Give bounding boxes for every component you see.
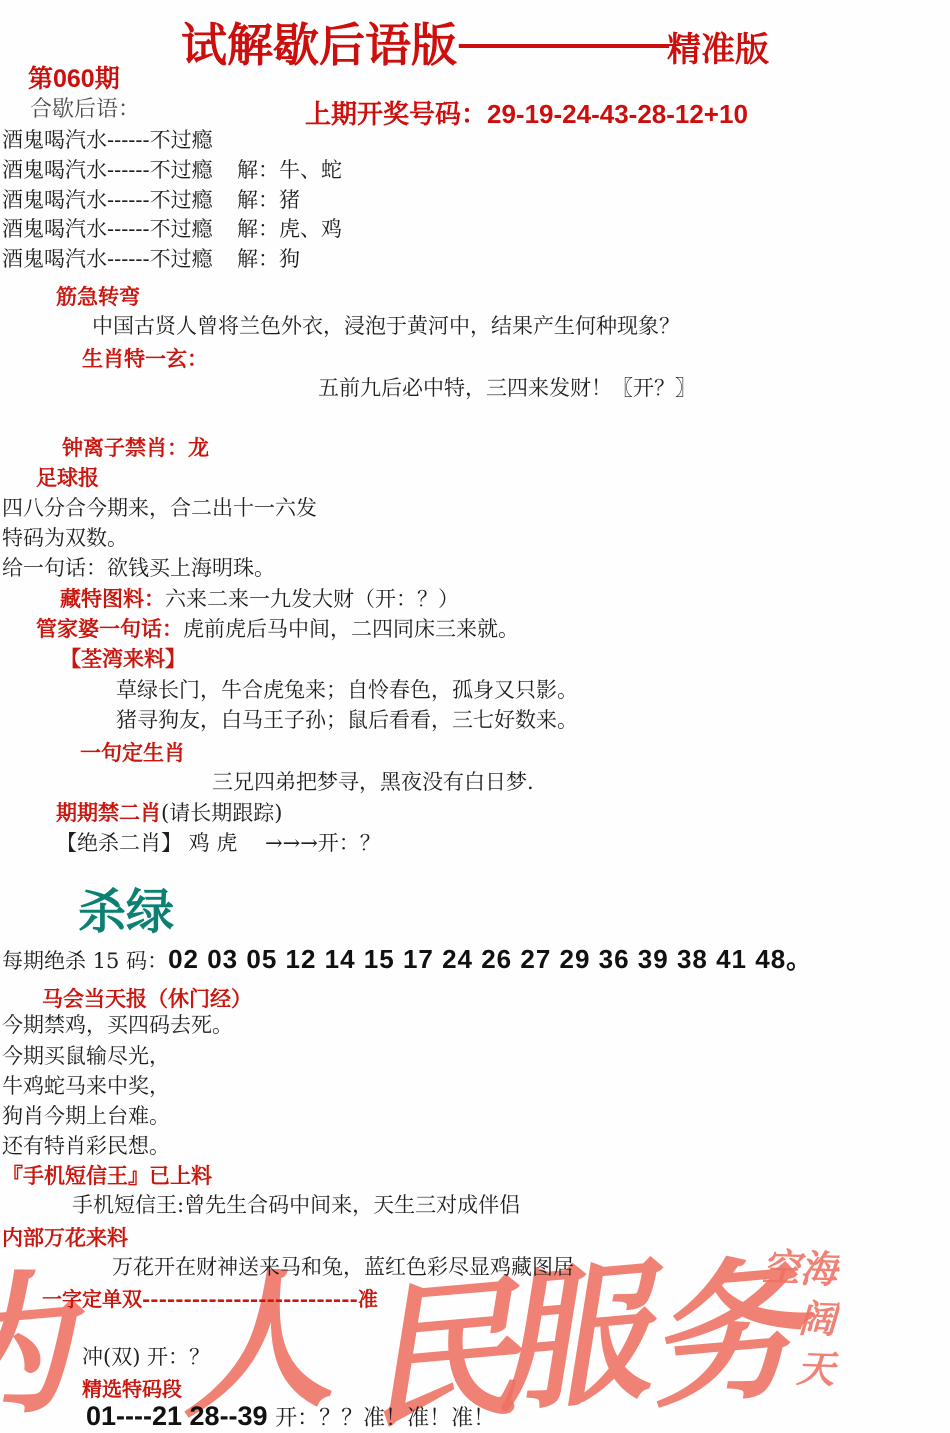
page-title-main: 试解歇后语版 xyxy=(181,19,457,71)
riddle-answer: 解：虎、鸡 xyxy=(237,217,342,241)
watermark-vertical-text: 海阔天空 xyxy=(753,1247,835,1433)
range-numbers: 01----21 28--39 xyxy=(86,1401,275,1431)
yizi-line: 一字定单双--------------------------准 xyxy=(42,1287,378,1311)
football-heading: 足球报 xyxy=(36,465,99,490)
football-line: 特码为双数。 xyxy=(2,526,128,551)
range-line: 01----21 28--39 开：？？准！准！准！ xyxy=(86,1400,495,1432)
sms-line: 手机短信王:曾先生合码中间来，天生三对成伴侣 xyxy=(72,1193,520,1218)
mahui-line: 牛鸡蛇马来中奖， xyxy=(2,1074,170,1099)
cangte-line: 藏特图料：六来二来一九发大财（开：？） xyxy=(60,586,459,612)
guanjiapo-label: 管家婆一句话： xyxy=(36,616,183,641)
riddle-row: 酒鬼喝汽水------不过瘾 xyxy=(2,128,237,153)
teaser-heading: 筋急转弯 xyxy=(56,284,140,309)
kill-numbers: 02 03 05 12 14 15 17 24 26 27 29 36 39 3… xyxy=(168,944,813,974)
chong-line: 冲(双) 开：？ xyxy=(82,1345,210,1370)
shengxiao-line: 五前九后必中特，三四来发财！〖开？〗 xyxy=(318,376,696,401)
mahui-line: 狗肖今期上台难。 xyxy=(2,1104,170,1129)
yiju-line: 三兄四弟把梦寻，黑夜没有白日梦. xyxy=(212,770,534,795)
issue-number: 第060期 xyxy=(28,64,120,94)
riddle-text: 酒鬼喝汽水------不过瘾 xyxy=(2,188,237,213)
kill-label: 每期绝杀 15 码： xyxy=(2,949,168,973)
last-draw-numbers: 上期开奖号码：29-19-24-43-28-12+10 xyxy=(305,99,748,130)
guanjiapo-text: 虎前虎后马中间，二四同床三来就。 xyxy=(183,617,519,641)
range-result: 开：？？准！准！准！ xyxy=(275,1406,495,1431)
cangte-label: 藏特图料： xyxy=(60,586,165,611)
mahui-line: 今期买鼠输尽光， xyxy=(2,1044,170,1069)
riddle-row: 酒鬼喝汽水------不过瘾解：猪 xyxy=(2,188,300,213)
teaser-question: 中国古贤人曾将兰色外衣，浸泡于黄河中，结果产生何种现象？ xyxy=(92,314,680,339)
riddle-answer: 解：猪 xyxy=(237,188,300,212)
mahui-heading: 马会当天报（休门经） xyxy=(42,986,252,1011)
riddle-row: 酒鬼喝汽水------不过瘾解：虎、鸡 xyxy=(2,217,342,242)
riddle-text: 酒鬼喝汽水------不过瘾 xyxy=(2,158,237,183)
qiqi-label: 期期禁二肖 xyxy=(56,800,161,825)
riddle-text: 酒鬼喝汽水------不过瘾 xyxy=(2,247,237,272)
yiju-heading: 一句定生肖 xyxy=(80,740,185,765)
riddle-row: 酒鬼喝汽水------不过瘾解：牛、蛇 xyxy=(2,158,342,183)
neibu-heading: 内部万花来料 xyxy=(2,1225,128,1250)
page-title-dash: ——————— xyxy=(457,24,667,64)
quanwan-line: 猪寻狗友，白马王子孙；鼠后看看，三七好数来。 xyxy=(116,708,578,733)
riddle-answer: 解：狗 xyxy=(237,247,300,271)
sms-heading: 『手机短信王』已上料 xyxy=(2,1163,212,1188)
football-line: 四八分合今期来，合二出十一六发 xyxy=(2,496,317,521)
zhongli-line: 钟离子禁肖：龙 xyxy=(62,435,209,460)
juesha-line: 【绝杀二肖】 鸡 虎 →→→开：？ xyxy=(56,831,381,856)
quanwan-line: 草绿长门，牛合虎兔来；自怜春色，孤身又只影。 xyxy=(116,678,578,703)
guanjiapo-line: 管家婆一句话：虎前虎后马中间，二四同床三来就。 xyxy=(36,616,519,642)
subtitle-label: 合歇后语： xyxy=(30,97,140,123)
football-line: 给一句话：欲钱买上海明珠。 xyxy=(2,556,275,581)
tip-sheet-page: 为 人 民 服 务 海阔天空 试解歇后语版———————精准版 第060期 合歇… xyxy=(0,0,950,1433)
riddle-text: 酒鬼喝汽水------不过瘾 xyxy=(2,217,237,242)
neibu-line: 万花开在财神送来马和兔，蓝红色彩尽显鸡藏图居 xyxy=(112,1255,574,1280)
page-title-suffix: 精准版 xyxy=(667,31,769,69)
jingxuan-heading: 精选特码段 xyxy=(82,1377,182,1401)
shengxiao-heading: 生肖特一玄： xyxy=(82,346,208,371)
watermark-char-fu: 服 xyxy=(489,1256,654,1421)
shalv-heading: 杀绿 xyxy=(78,884,174,942)
qiqi-line: 期期禁二肖(请长期跟踪) xyxy=(56,800,282,826)
kill-numbers-line: 每期绝杀 15 码：02 03 05 12 14 15 17 24 26 27 … xyxy=(2,944,813,975)
qiqi-note: (请长期跟踪) xyxy=(161,801,282,825)
mahui-line: 还有特肖彩民想。 xyxy=(2,1134,170,1159)
mahui-line: 今期禁鸡，买四码去死。 xyxy=(2,1013,233,1038)
quanwan-heading: 【荃湾来料】 xyxy=(60,646,186,671)
riddle-answer: 解：牛、蛇 xyxy=(237,158,342,182)
cangte-text: 六来二来一九发大财（开：？） xyxy=(165,587,459,611)
page-title: 试解歇后语版———————精准版 xyxy=(0,18,950,73)
riddle-text: 酒鬼喝汽水------不过瘾 xyxy=(2,128,237,153)
riddle-row: 酒鬼喝汽水------不过瘾解：狗 xyxy=(2,247,300,272)
